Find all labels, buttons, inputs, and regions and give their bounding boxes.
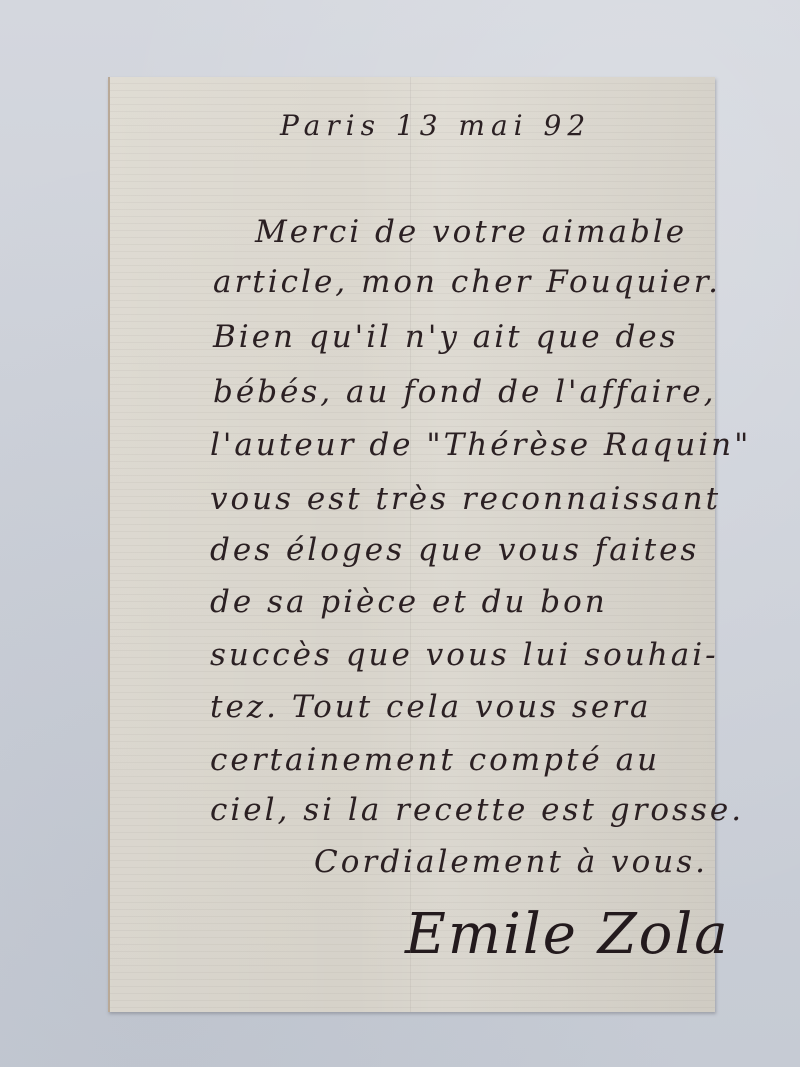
- letter-line-5: l'auteur de "Thérèse Raquin": [210, 430, 751, 461]
- letter-line-6: vous est très reconnaissant: [210, 484, 721, 515]
- letter-closing: Cordialement à vous.: [314, 847, 708, 878]
- letter-dateline: Paris 13 mai 92: [280, 112, 591, 140]
- letter-sheet: Paris 13 mai 92 Merci de votre aimable a…: [108, 77, 715, 1012]
- letter-line-8: de sa pièce et du bon: [210, 587, 608, 618]
- letter-signature: Emile Zola: [405, 907, 730, 963]
- letter-line-12: ciel, si la recette est grosse.: [210, 795, 744, 826]
- letter-line-7: des éloges que vous faites: [210, 535, 699, 566]
- letter-line-11: certainement compté au: [210, 745, 660, 776]
- letter-line-10: tez. Tout cela vous sera: [210, 692, 651, 723]
- letter-line-9: succès que vous lui souhai-: [210, 640, 719, 671]
- letter-line-2: article, mon cher Fouquier.: [213, 267, 721, 298]
- letter-line-3: Bien qu'il n'y ait que des: [213, 322, 679, 353]
- letter-line-4: bébés, au fond de l'affaire,: [213, 377, 716, 408]
- letter-line-1: Merci de votre aimable: [255, 217, 687, 248]
